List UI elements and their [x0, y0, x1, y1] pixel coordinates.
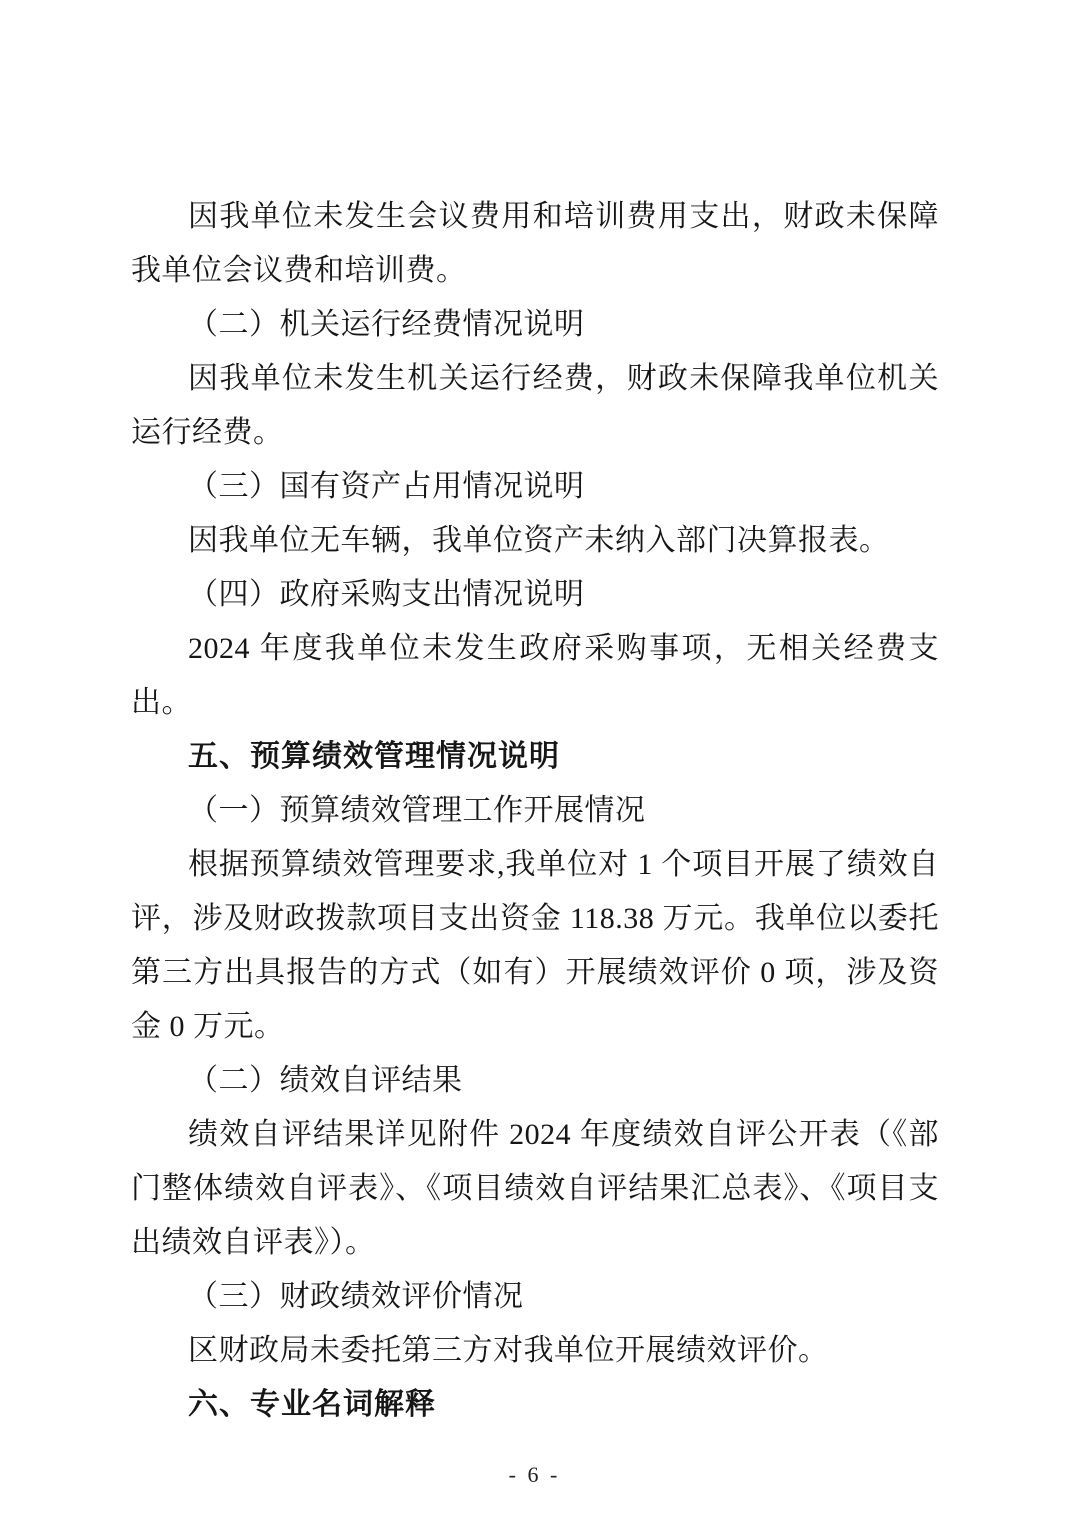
subsection-heading-state-assets: （三）国有资产占用情况说明: [131, 460, 939, 514]
subsection-heading-performance-work: （一）预算绩效管理工作开展情况: [131, 784, 939, 838]
page-number: - 6 -: [0, 1462, 1069, 1488]
paragraph-state-assets: 因我单位无车辆，我单位资产未纳入部门决算报表。: [131, 514, 939, 568]
subsection-heading-agency-operating-cost: （二）机关运行经费情况说明: [131, 298, 939, 352]
paragraph-performance-work: 根据预算绩效管理要求,我单位对 1 个项目开展了绩效自评，涉及财政拨款项目支出资…: [131, 838, 939, 1054]
document-page: 因我单位未发生会议费用和培训费用支出，财政未保障我单位会议费和培训费。 （二）机…: [0, 0, 1069, 1515]
section-heading-budget-performance: 五、预算绩效管理情况说明: [131, 730, 939, 784]
document-body: 因我单位未发生会议费用和培训费用支出，财政未保障我单位会议费和培训费。 （二）机…: [131, 190, 939, 1432]
paragraph-fiscal-evaluation: 区财政局未委托第三方对我单位开展绩效评价。: [131, 1324, 939, 1378]
subsection-heading-fiscal-evaluation: （三）财政绩效评价情况: [131, 1270, 939, 1324]
subsection-heading-self-evaluation: （二）绩效自评结果: [131, 1054, 939, 1108]
section-heading-terminology: 六、专业名词解释: [131, 1378, 939, 1432]
paragraph-meeting-training-fee: 因我单位未发生会议费用和培训费用支出，财政未保障我单位会议费和培训费。: [131, 190, 939, 298]
paragraph-gov-procurement: 2024 年度我单位未发生政府采购事项，无相关经费支出。: [131, 622, 939, 730]
paragraph-self-evaluation: 绩效自评结果详见附件 2024 年度绩效自评公开表（《部门整体绩效自评表》、《项…: [131, 1108, 939, 1270]
subsection-heading-gov-procurement: （四）政府采购支出情况说明: [131, 568, 939, 622]
paragraph-agency-operating-cost: 因我单位未发生机关运行经费，财政未保障我单位机关运行经费。: [131, 352, 939, 460]
